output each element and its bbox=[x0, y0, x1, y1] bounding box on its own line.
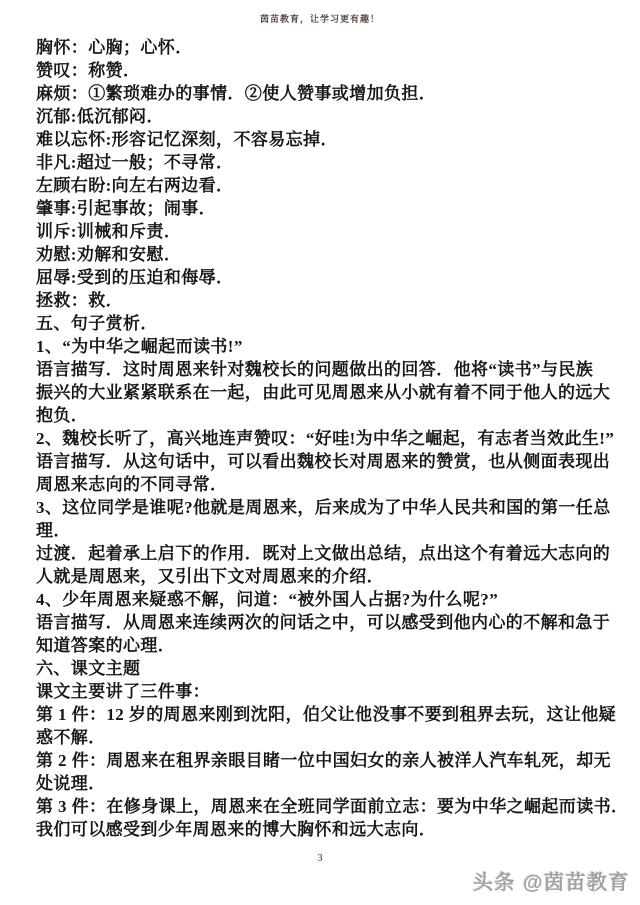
text-line: 赞叹：称赞． bbox=[36, 59, 608, 82]
text-line: 屈辱:受到的压迫和侮辱． bbox=[36, 266, 608, 289]
document-page: 茵苗教育，让学习更有趣！ 胸怀：心胸；心怀．赞叹：称赞．麻烦：①繁琐难办的事情．… bbox=[0, 0, 640, 905]
text-line: 第 2 件：周恩来在租界亲眼目睹一位中国妇女的亲人被洋人汽车轧死，却无 bbox=[36, 749, 608, 772]
text-line: 周恩来志向的不同寻常． bbox=[36, 473, 608, 496]
text-line: 肇事:引起事故；闹事． bbox=[36, 197, 608, 220]
page-number: 3 bbox=[0, 853, 640, 864]
text-line: 胸怀：心胸；心怀． bbox=[36, 36, 608, 59]
text-line: 人就是周恩来，又引出下文对周恩来的介绍． bbox=[36, 565, 608, 588]
text-line: 非凡:超过一般；不寻常． bbox=[36, 151, 608, 174]
text-line: 训斥:训械和斥责． bbox=[36, 220, 608, 243]
text-line: 4、少年周恩来疑惑不解，问道：“被外国人占据?为什么呢?” bbox=[36, 588, 608, 611]
text-line: 抱负． bbox=[36, 404, 608, 427]
text-line: 沉郁:低沉郁闷． bbox=[36, 105, 608, 128]
text-line: 过渡．起着承上启下的作用．既对上文做出总结，点出这个有着远大志向的 bbox=[36, 542, 608, 565]
text-line: 左顾右盼:向左右两边看． bbox=[36, 174, 608, 197]
text-line: 3、这位同学是谁呢?他就是周恩来，后来成为了中华人民共和国的第一任总 bbox=[36, 496, 608, 519]
watermark-text: 头条 @茵苗教育 bbox=[473, 872, 630, 894]
text-line: 拯救：救． bbox=[36, 289, 608, 312]
text-line: 难以忘怀:形容记忆深刻，不容易忘掉． bbox=[36, 128, 608, 151]
text-line: 理． bbox=[36, 519, 608, 542]
text-line: 劝慰:劝解和安慰． bbox=[36, 243, 608, 266]
text-line: 处说理． bbox=[36, 772, 608, 795]
watermark: 头条 @茵苗教育 bbox=[473, 866, 630, 895]
text-line: 六、课文主题 bbox=[36, 657, 608, 680]
document-body: 胸怀：心胸；心怀．赞叹：称赞．麻烦：①繁琐难办的事情．②使人赞事或增加负担．沉郁… bbox=[36, 36, 608, 841]
text-line: 麻烦：①繁琐难办的事情．②使人赞事或增加负担． bbox=[36, 82, 608, 105]
text-line: 知道答案的心理． bbox=[36, 634, 608, 657]
text-line: 惑不解． bbox=[36, 726, 608, 749]
text-line: 1、“为中华之崛起而读书!” bbox=[36, 335, 608, 358]
text-line: 五、句子赏析． bbox=[36, 312, 608, 335]
page-header-slogan: 茵苗教育，让学习更有趣！ bbox=[0, 12, 640, 25]
text-line: 振兴的大业紧紧联系在一起，由此可见周恩来从小就有着不同于他人的远大 bbox=[36, 381, 608, 404]
text-line: 第 3 件：在修身课上，周恩来在全班同学面前立志：要为中华之崛起而读书． bbox=[36, 795, 608, 818]
text-line: 2、魏校长听了，高兴地连声赞叹：“好哇!为中华之崛起，有志者当效此生!” bbox=[36, 427, 608, 450]
text-line: 我们可以感受到少年周恩来的博大胸怀和远大志向． bbox=[36, 818, 608, 841]
text-line: 语言描写．从这句话中，可以看出魏校长对周恩来的赞赏，也从侧面表现出 bbox=[36, 450, 608, 473]
text-line: 语言描写．这时周恩来针对魏校长的问题做出的回答．他将“读书”与民族 bbox=[36, 358, 608, 381]
text-line: 课文主要讲了三件事： bbox=[36, 680, 608, 703]
text-line: 语言描写．从周恩来连续两次的问话之中，可以感受到他内心的不解和急于 bbox=[36, 611, 608, 634]
text-line: 第 1 件：12 岁的周恩来刚到沈阳，伯父让他没事不要到租界去玩，这让他疑 bbox=[36, 703, 608, 726]
